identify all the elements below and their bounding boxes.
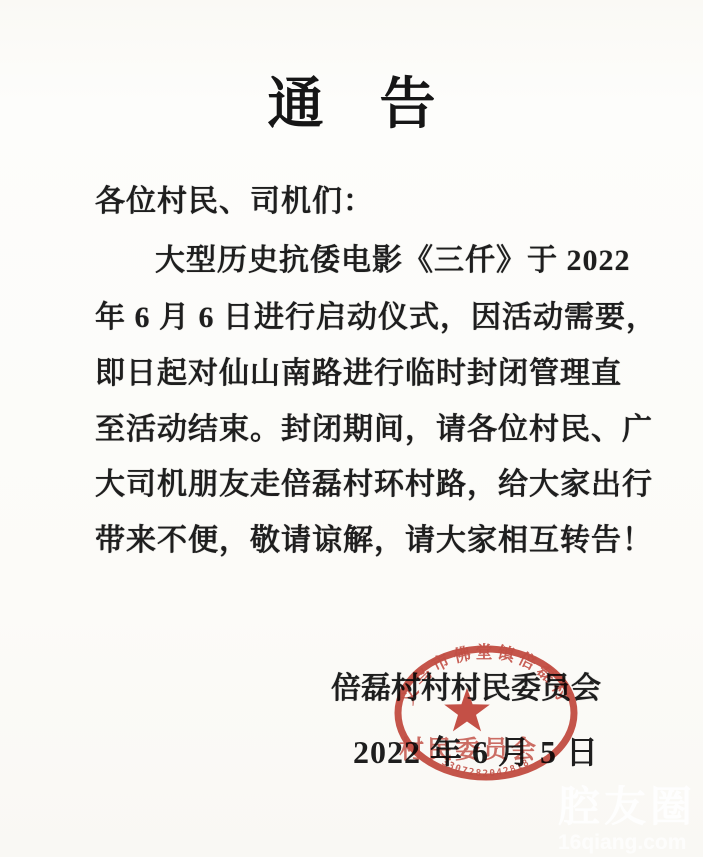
issuer-signature: 倍磊村村村民委员会 xyxy=(331,663,601,707)
salutation-line: 各位村民、司机们： xyxy=(95,176,374,220)
body-line: 至活动结束。封闭期间，请各位村民、广 xyxy=(95,404,653,448)
body-line: 带来不便，敬请谅解，请大家相互转告！ xyxy=(95,515,653,559)
watermark: 腔友圈 16qiang.com xyxy=(558,786,703,853)
body-line: 年 6 月 6 日进行启动仪式，因活动需要， xyxy=(95,292,657,336)
issue-date: 2022 年 6 月 5 日 xyxy=(353,727,599,773)
notice-document: 通 告 各位村民、司机们： 大型历史抗倭电影《三仟》于 2022 年 6 月 6… xyxy=(0,0,703,857)
body-line: 大型历史抗倭电影《三仟》于 2022 xyxy=(155,235,631,279)
watermark-name: 腔友圈 xyxy=(558,786,703,828)
body-line: 即日起对仙山南路进行临时封闭管理直 xyxy=(95,348,622,392)
watermark-domain: 16qiang.com xyxy=(558,832,703,853)
body-line: 大司机朋友走倍磊村环村路，给大家出行 xyxy=(95,459,653,503)
notice-title: 通 告 xyxy=(0,74,703,136)
